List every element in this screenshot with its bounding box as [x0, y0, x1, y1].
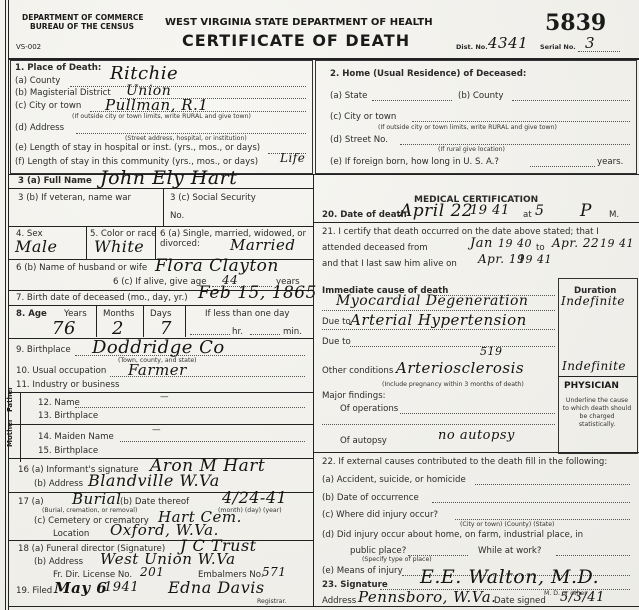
autopsy-value: no autopsy [438, 428, 515, 443]
sex-value: Male [15, 237, 58, 256]
dist-no-label: Dist. No. [456, 43, 488, 51]
father-tag: Father [6, 386, 14, 412]
occurrence-date-label: (b) Date of occurrence [322, 493, 419, 503]
physician-address-label: Address [322, 596, 356, 606]
signature-value: E.E. Walton, M.D. [420, 566, 599, 588]
burial-date-label: (b) Date thereof [120, 497, 189, 507]
industry-label: 11. Industry or business [16, 380, 119, 390]
father-name-value: — [160, 392, 169, 402]
physician-label: PHYSICIAN [564, 381, 619, 391]
physician-address-value: Pennsboro, W.Va. [358, 588, 496, 606]
date-signed-label: Date signed [494, 596, 546, 606]
address-note: (Street address, hospital, or institutio… [125, 135, 247, 142]
stay-community-label: (f) Length of stay in this community (yr… [15, 157, 258, 167]
attended-label: attended deceased from [322, 243, 428, 253]
district-label: (b) Magisterial District [15, 88, 111, 98]
mother-maiden-label: 14. Maiden Name [38, 432, 114, 442]
filed-year-value: 1941 [104, 580, 139, 595]
burial-type-value: Burial [72, 490, 121, 508]
full-name-label: 3 (a) Full Name [18, 176, 92, 186]
attended-from-value: Jan [470, 236, 493, 251]
father-birthplace-label: 13. Birthplace [38, 411, 98, 421]
stay-community-value: Life [280, 151, 305, 165]
external-heading: 22. If external causes contributed to th… [322, 457, 607, 467]
immediate-duration-value: Indefinite [561, 294, 625, 308]
left-border [5, 0, 6, 610]
burial-type-note: (Burial, cremation, or removal) [42, 507, 137, 514]
state-department: WEST VIRGINIA STATE DEPARTMENT OF HEALTH [165, 17, 433, 28]
county-label: (a) County [15, 76, 60, 86]
ampm-value: P [580, 201, 592, 221]
last-seen-label: and that I last saw him alive on [322, 259, 457, 269]
m-label: M. [609, 210, 619, 220]
other-conditions-value: Arteriosclerosis [396, 359, 524, 377]
birthplace-value: Doddridge Co [92, 337, 225, 358]
registrar-label: Registrar. [257, 598, 286, 605]
major-findings-label: Major findings: [322, 391, 386, 401]
operations-label: Of operations [340, 404, 398, 414]
full-name-value: John Ely Hart [100, 167, 237, 189]
burial-type-label: 17 (a) [18, 497, 44, 507]
city-value: Pullman, R.1 [105, 96, 208, 114]
death-certificate: DEPARTMENT OF COMMERCE BUREAU OF THE CEN… [0, 0, 639, 610]
attended-to-year: 19 41 [600, 237, 634, 250]
funeral-address-label: (b) Address [34, 557, 83, 567]
autopsy-label: Of autopsy [340, 436, 387, 446]
attended-to-value: Apr. 22 [552, 236, 599, 250]
res-county-label: (b) County [458, 91, 504, 101]
death-year-value: 19 41 [470, 203, 510, 218]
occupation-label: 10. Usual occupation [16, 366, 106, 376]
license-value: 201 [140, 565, 164, 579]
mother-maiden-value: — [152, 425, 161, 435]
res-years-label: years. [597, 157, 623, 167]
birthplace-label: 9. Birthplace [16, 345, 71, 355]
about-label: (d) Did injury occur about home, on farm… [322, 530, 583, 540]
other-duration-value: Indefinite [562, 359, 626, 373]
age-label: 8. Age [16, 309, 47, 319]
means-label: (e) Means of injury [322, 566, 403, 576]
due-to-label-1: Due to [322, 317, 351, 327]
father-name-label: 12. Name [38, 398, 80, 408]
residence-heading: 2. Home (Usual Residence) of Deceased: [330, 69, 526, 79]
ssn-label: 3 (c) Social Security [170, 193, 256, 203]
where-note: (City or town) (County) (State) [460, 521, 554, 528]
embalmer-value: 571 [262, 565, 286, 579]
min-label: min. [283, 327, 302, 337]
death-date-label: 20. Date of death [322, 210, 407, 220]
county-value: Ritchie [110, 63, 178, 84]
date-signed-value: 5/3/41 [560, 590, 605, 605]
spouse-label: 6 (b) Name of husband or wife [16, 263, 147, 273]
res-state-label: (a) State [330, 91, 367, 101]
department-line1: DEPARTMENT OF COMMERCE [22, 13, 144, 22]
due-to-value-1: Arterial Hypertension [350, 311, 527, 329]
work-label: While at work? [478, 546, 541, 556]
burial-date-value: 4/24-41 [222, 488, 287, 507]
accident-label: (a) Accident, suicide, or homicide [322, 475, 466, 485]
death-date-value: April 22 [400, 201, 473, 221]
at-label: at [523, 210, 532, 220]
last-seen-year: 19 41 [518, 253, 552, 266]
registrar-signature: Edna Davis [168, 578, 265, 597]
age-months-value: 2 [112, 318, 124, 339]
occupation-value: Farmer [128, 361, 187, 379]
place-note: (Specify type of place) [362, 556, 432, 563]
due-to-label-2: Due to [322, 337, 351, 347]
ssn-no-label: No. [170, 211, 184, 221]
res-city-note: (If outside city or town limits, write R… [378, 124, 557, 131]
attended-from-year: 19 40 [498, 237, 532, 250]
funeral-address-value: West Union W.Va [100, 550, 236, 568]
place-of-death-heading: 1. Place of Death: [15, 63, 101, 73]
filed-label: 19. Filed [16, 586, 52, 596]
death-time-value: 5 [535, 203, 544, 219]
stay-hospital-label: (e) Length of stay in hospital or inst. … [15, 143, 260, 153]
informant-address-value: Blandville W.Va [88, 471, 220, 490]
serial-no-value: 3 [585, 34, 595, 52]
spouse-value: Flora Clayton [155, 256, 279, 276]
other-conditions-label: Other conditions [322, 366, 393, 376]
location-label: Location [53, 529, 89, 539]
to-label: to [536, 243, 545, 253]
city-label: (c) City or town [15, 101, 81, 111]
res-street-label: (d) Street No. [330, 135, 388, 145]
veteran-label: 3 (b) If veteran, name war [18, 193, 131, 203]
certificate-title: CERTIFICATE OF DEATH [182, 31, 410, 50]
birth-date-value: Feb 15, 1865 [198, 283, 317, 303]
filed-date-value: May 6 [54, 579, 107, 597]
form-code: VS-002 [16, 43, 41, 51]
dist-no-value: 4341 [488, 34, 528, 52]
mother-birthplace-label: 15. Birthplace [38, 446, 98, 456]
mother-tag: Mother [6, 419, 14, 447]
age-years-value: 76 [52, 318, 76, 339]
where-label: (c) Where did injury occur? [322, 510, 438, 520]
hr-label: hr. [232, 327, 243, 337]
cause-code: 519 [480, 345, 503, 358]
birth-date-label: 7. Birth date of deceased (mo., day, yr.… [16, 293, 188, 303]
res-street-note: (If rural give location) [438, 146, 505, 153]
res-foreign-label: (e) If foreign born, how long in U. S. A… [330, 157, 499, 167]
public-place-label: public place? [350, 546, 406, 556]
certificate-number: 5839 [545, 10, 606, 36]
city-note: (If outside city or town limits, write R… [72, 113, 251, 120]
department-line2: BUREAU OF THE CENSUS [30, 22, 134, 31]
underline-note: Underline the cause to which death shoul… [562, 397, 632, 429]
informant-address-label: (b) Address [34, 479, 83, 489]
pregnancy-note: (Include pregnancy within 3 months of de… [382, 381, 524, 388]
serial-no-label: Serial No. [540, 43, 576, 51]
immediate-value: Myocardial Degeneration [336, 293, 528, 309]
res-city-label: (c) City or town [330, 112, 396, 122]
less-day-label: If less than one day [205, 309, 289, 319]
spouse-age-label: 6 (c) If alive, give age [113, 277, 207, 287]
race-value: White [94, 237, 144, 256]
age-days-value: 7 [160, 318, 172, 339]
marital-value: Married [230, 236, 295, 254]
address-label: (d) Address [15, 123, 64, 133]
